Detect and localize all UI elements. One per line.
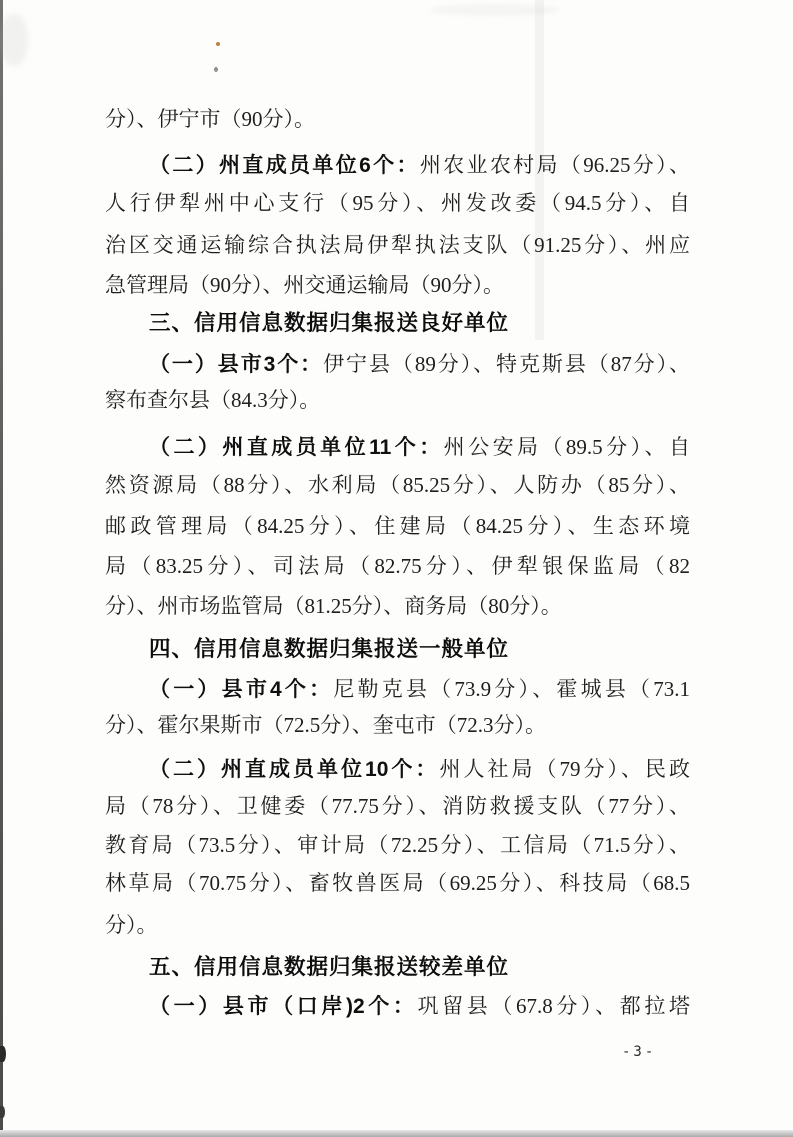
text-line: （二）州直成员单位11个：州公安局（89.5分）、自 [105, 434, 690, 462]
text-line: 局（78分）、卫健委（77.75分）、消防救援支队（77分）、 [105, 793, 690, 821]
text-line: 分）、州市场监管局（81.25分）、商务局（80分）。 [105, 593, 690, 621]
line-text: 察布查尔县（84.3分）。 [105, 388, 320, 412]
line-text: 巩留县（67.8分）、都拉塔 [418, 994, 690, 1018]
line-text: 然资源局（88分）、水利局（85.25分）、人防办（85分）、 [105, 473, 690, 497]
line-text: 邮政管理局（84.25分）、住建局（84.25分）、生态环境 [105, 514, 690, 538]
line-text: 州农业农村局（96.25分）、 [420, 153, 690, 177]
line-text: 治区交通运输综合执法局伊犁执法支队（91.25分）、州应 [105, 233, 690, 257]
line-text: 分）、州市场监管局（81.25分）、商务局（80分）。 [105, 594, 562, 618]
line-text: 局（78分）、卫健委（77.75分）、消防救援支队（77分）、 [105, 794, 690, 818]
paragraph-lead-text: （二）州直成员单位10个： [149, 758, 439, 781]
line-text: 分）。 [105, 913, 158, 937]
paragraph-lead-text: （二）州直成员单位6个： [149, 154, 420, 177]
page-number: -3- [622, 1044, 656, 1060]
paragraph-lead-text: （一）县市4个： [149, 678, 333, 701]
text-line: 林草局（70.75分）、畜牧兽医局（69.25分）、科技局（68.5 [105, 870, 690, 898]
text-line: （二）州直成员单位6个：州农业农村局（96.25分）、 [105, 152, 690, 180]
heading-text: 三、信用信息数据归集报送良好单位 [149, 311, 509, 335]
line-text: 局（83.25分）、司法局（82.75分）、伊犁银保监局（82 [105, 554, 690, 578]
text-line: （一）县市（口岸)2个：巩留县（67.8分）、都拉塔 [105, 993, 690, 1021]
document-body: 分）、伊宁市（90分）。（二）州直成员单位6个：州农业农村局（96.25分）、人… [0, 0, 793, 1137]
scanned-document-page: 分）、伊宁市（90分）。（二）州直成员单位6个：州农业农村局（96.25分）、人… [0, 0, 793, 1137]
line-text: 尼勒克县（73.9分）、霍城县（73.1 [333, 677, 690, 701]
line-text: 分）、伊宁市（90分）。 [105, 107, 315, 131]
line-text: 教育局（73.5分）、审计局（72.25分）、工信局（71.5分）、 [105, 833, 690, 857]
text-line: （一）县市4个：尼勒克县（73.9分）、霍城县（73.1 [105, 676, 690, 704]
text-line: 分）。 [105, 912, 690, 940]
text-line: 分）、伊宁市（90分）。 [105, 106, 690, 134]
text-line: 急管理局（90分）、州交通运输局（90分）。 [105, 272, 690, 300]
text-line: 察布查尔县（84.3分）。 [105, 387, 690, 415]
text-line: 教育局（73.5分）、审计局（72.25分）、工信局（71.5分）、 [105, 832, 690, 860]
text-line: （二）州直成员单位10个：州人社局（79分）、民政 [105, 756, 690, 784]
section-heading: 三、信用信息数据归集报送良好单位 [105, 310, 690, 338]
line-text: 州人社局（79分）、民政 [439, 757, 690, 781]
line-text: 林草局（70.75分）、畜牧兽医局（69.25分）、科技局（68.5 [105, 871, 690, 895]
line-text: 人行伊犁州中心支行（95分）、州发改委（94.5分）、自 [105, 191, 690, 215]
text-line: 局（83.25分）、司法局（82.75分）、伊犁银保监局（82 [105, 553, 690, 581]
line-text: 急管理局（90分）、州交通运输局（90分）。 [105, 273, 504, 297]
section-heading: 五、信用信息数据归集报送较差单位 [105, 954, 690, 982]
section-heading: 四、信用信息数据归集报送一般单位 [105, 636, 690, 664]
paragraph-lead-text: （一）县市（口岸)2个： [149, 995, 418, 1018]
heading-text: 四、信用信息数据归集报送一般单位 [149, 637, 509, 661]
line-text: 州公安局（89.5分）、自 [444, 435, 690, 459]
heading-text: 五、信用信息数据归集报送较差单位 [149, 955, 509, 979]
paragraph-lead-text: （一）县市3个： [149, 353, 323, 376]
paragraph-lead-text: （二）州直成员单位11个： [149, 436, 444, 459]
text-line: 人行伊犁州中心支行（95分）、州发改委（94.5分）、自 [105, 190, 690, 218]
text-line: 邮政管理局（84.25分）、住建局（84.25分）、生态环境 [105, 513, 690, 541]
text-line: 分）、霍尔果斯市（72.5分）、奎屯市（72.3分）。 [105, 712, 690, 740]
line-text: 伊宁县（89分）、特克斯县（87分）、 [323, 352, 690, 376]
text-line: （一）县市3个：伊宁县（89分）、特克斯县（87分）、 [105, 351, 690, 379]
text-line: 治区交通运输综合执法局伊犁执法支队（91.25分）、州应 [105, 232, 690, 260]
text-line: 然资源局（88分）、水利局（85.25分）、人防办（85分）、 [105, 472, 690, 500]
line-text: 分）、霍尔果斯市（72.5分）、奎屯市（72.3分）。 [105, 713, 546, 737]
